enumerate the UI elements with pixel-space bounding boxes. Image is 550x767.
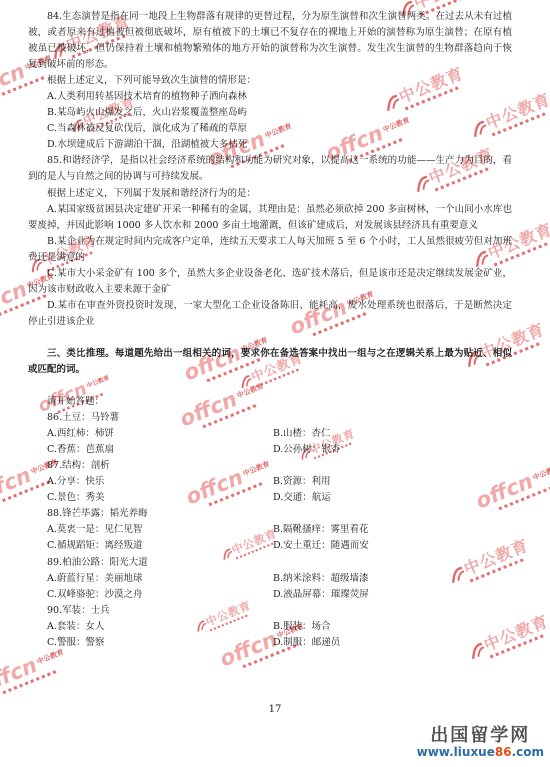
option: D.交通：航运	[273, 490, 331, 506]
question-86-row-1: A.西红柿：柿饼 B.山楂：杏仁	[28, 426, 512, 442]
watermark-offcn: offcn中公教育	[0, 643, 70, 701]
site-url-label: www.liuxue86.com	[417, 746, 544, 759]
option: C.循规蹈矩：离经叛道	[28, 538, 142, 554]
option: D.公孙树：银杏	[273, 442, 340, 458]
watermark-brand-wordmark: offcn	[0, 59, 28, 103]
option: D.制服：邮递员	[273, 635, 340, 651]
option: A.西红柿：柿饼	[28, 426, 114, 442]
question-88-row-2: C.循规蹈矩：离经叛道 D.安土重迁：随遇而安	[28, 538, 512, 554]
option: C.双峰骆驼：沙漠之舟	[28, 587, 142, 603]
option: C.景色：秀美	[28, 490, 104, 506]
option: A.分享：快乐	[28, 474, 104, 490]
question-84-option-d: D.水坝建成后下游湖泊干涸，沿湖植被大多枯死	[28, 137, 512, 153]
url-prefix: www.liuxue	[417, 745, 495, 759]
exam-document-page: 中公教育offcn中公教育中公教育中公教育中公教育中公教育offcn中公教育of…	[0, 0, 550, 767]
question-89-stem: 89.柏油公路：阳光大道	[28, 555, 512, 571]
option: A.套装：女人	[28, 619, 104, 635]
site-logo: 出国留学网 www.liuxue86.com	[417, 726, 544, 759]
option: A.蔚蓝行星：美丽地球	[28, 571, 142, 587]
site-name-label: 出国留学网	[417, 726, 544, 746]
question-85-option-b: B.某企业为在规定时间内完成客户定单，连续五天要求工人每天加班 5 至 6 个小…	[28, 234, 512, 266]
watermark-brand-cn-small: 中公教育	[532, 464, 550, 482]
watermark-slogan-dots	[2, 670, 57, 695]
option: B.服装：场合	[273, 619, 331, 635]
watermark-brand-wordmark: offcn	[0, 653, 40, 697]
question-85-prompt: 根据上述定义，下列属于发展和谐经济行为的是：	[28, 186, 512, 202]
question-90-row-2: C.警服：警察 D.制服：邮递员	[28, 635, 512, 651]
question-86-row-2: C.香蕉：芭蕉扇 D.公孙树：银杏	[28, 442, 512, 458]
question-87-row-1: A.分享：快乐 B.资源：利用	[28, 474, 512, 490]
question-84-stem: 84.生态演替是指在同一地段上生物群落有规律的更替过程，分为原生演替和次生演替两…	[28, 9, 512, 73]
url-suffix: .com	[512, 745, 544, 759]
question-87-stem: 87.结构：剖析	[28, 458, 512, 474]
question-84-option-a: A.人类利用转基因技术培育的植物种子洒向森林	[28, 89, 512, 105]
option: D.安土重迁：随遇而安	[273, 538, 369, 554]
option: B.山楂：杏仁	[273, 426, 331, 442]
question-85-option-c: C.某市大小采金矿有 100 多个，虽然大多企业设备老化、选矿技术落后，但是该市…	[28, 266, 512, 298]
page-number: 17	[0, 704, 550, 715]
section-header-analogy: 三、类比推理。每道题先给出一组相关的词，要求你在备选答案中找出一组与之在逻辑关系…	[28, 346, 512, 378]
watermark-brand-wordmark: offcn	[0, 277, 30, 321]
exam-content: 84.生态演替是指在同一地段上生物群落有规律的更替过程，分为原生演替和次生演替两…	[28, 9, 512, 651]
question-86-stem: 86.土豆：马铃薯	[28, 410, 512, 426]
question-87-row-2: C.景色：秀美 D.交通：航运	[28, 490, 512, 506]
question-90-row-1: A.套装：女人 B.服装：场合	[28, 619, 512, 635]
option: A.莫衷一是：见仁见智	[28, 522, 142, 538]
question-89-row-2: C.双峰骆驼：沙漠之舟 D.液晶屏幕：璀璨荧屏	[28, 587, 512, 603]
option: D.液晶屏幕：璀璨荧屏	[273, 587, 369, 603]
option: B.隔靴搔痒：雾里看花	[273, 522, 369, 538]
question-84-prompt: 根据上述定义，下列可能导致次生演替的情形是：	[28, 73, 512, 89]
begin-answer-prompt: 请开始答题：	[28, 394, 512, 410]
question-88-row-1: A.莫衷一是：见仁见智 B.隔靴搔痒：雾里看花	[28, 522, 512, 538]
url-number: 86	[495, 745, 512, 759]
question-84-option-b: B.某岛屿火山爆发之后，火山岩浆覆盖整座岛屿	[28, 105, 512, 121]
question-90-stem: 90.军装：士兵	[28, 603, 512, 619]
option: C.香蕉：芭蕉扇	[28, 442, 114, 458]
option: C.警服：警察	[28, 635, 104, 651]
question-89-row-1: A.蔚蓝行星：美丽地球 B.纳米涂料：超级墙漆	[28, 571, 512, 587]
question-85-stem: 85.和谐经济学，是指以社会经济系统的结构和功能为研究对象，以提高这一系统的功能…	[28, 153, 512, 185]
question-85-option-a: A.某国家级贫困县决定建矿开采一种稀有的金属，其理由是：虽然必须砍掉 200 多…	[28, 202, 512, 234]
question-85-option-d: D.某市在审查外资投资时发现，一家大型化工企业设备陈旧、能耗高，废水处理系统也很…	[28, 298, 512, 330]
option: B.资源：利用	[273, 474, 331, 490]
question-88-stem: 88.锋芒毕露：韬光养晦	[28, 506, 512, 522]
question-84-option-c: C.当森林被反复砍伐后，演化成为了稀疏的草原	[28, 121, 512, 137]
option: B.纳米涂料：超级墙漆	[273, 571, 369, 587]
